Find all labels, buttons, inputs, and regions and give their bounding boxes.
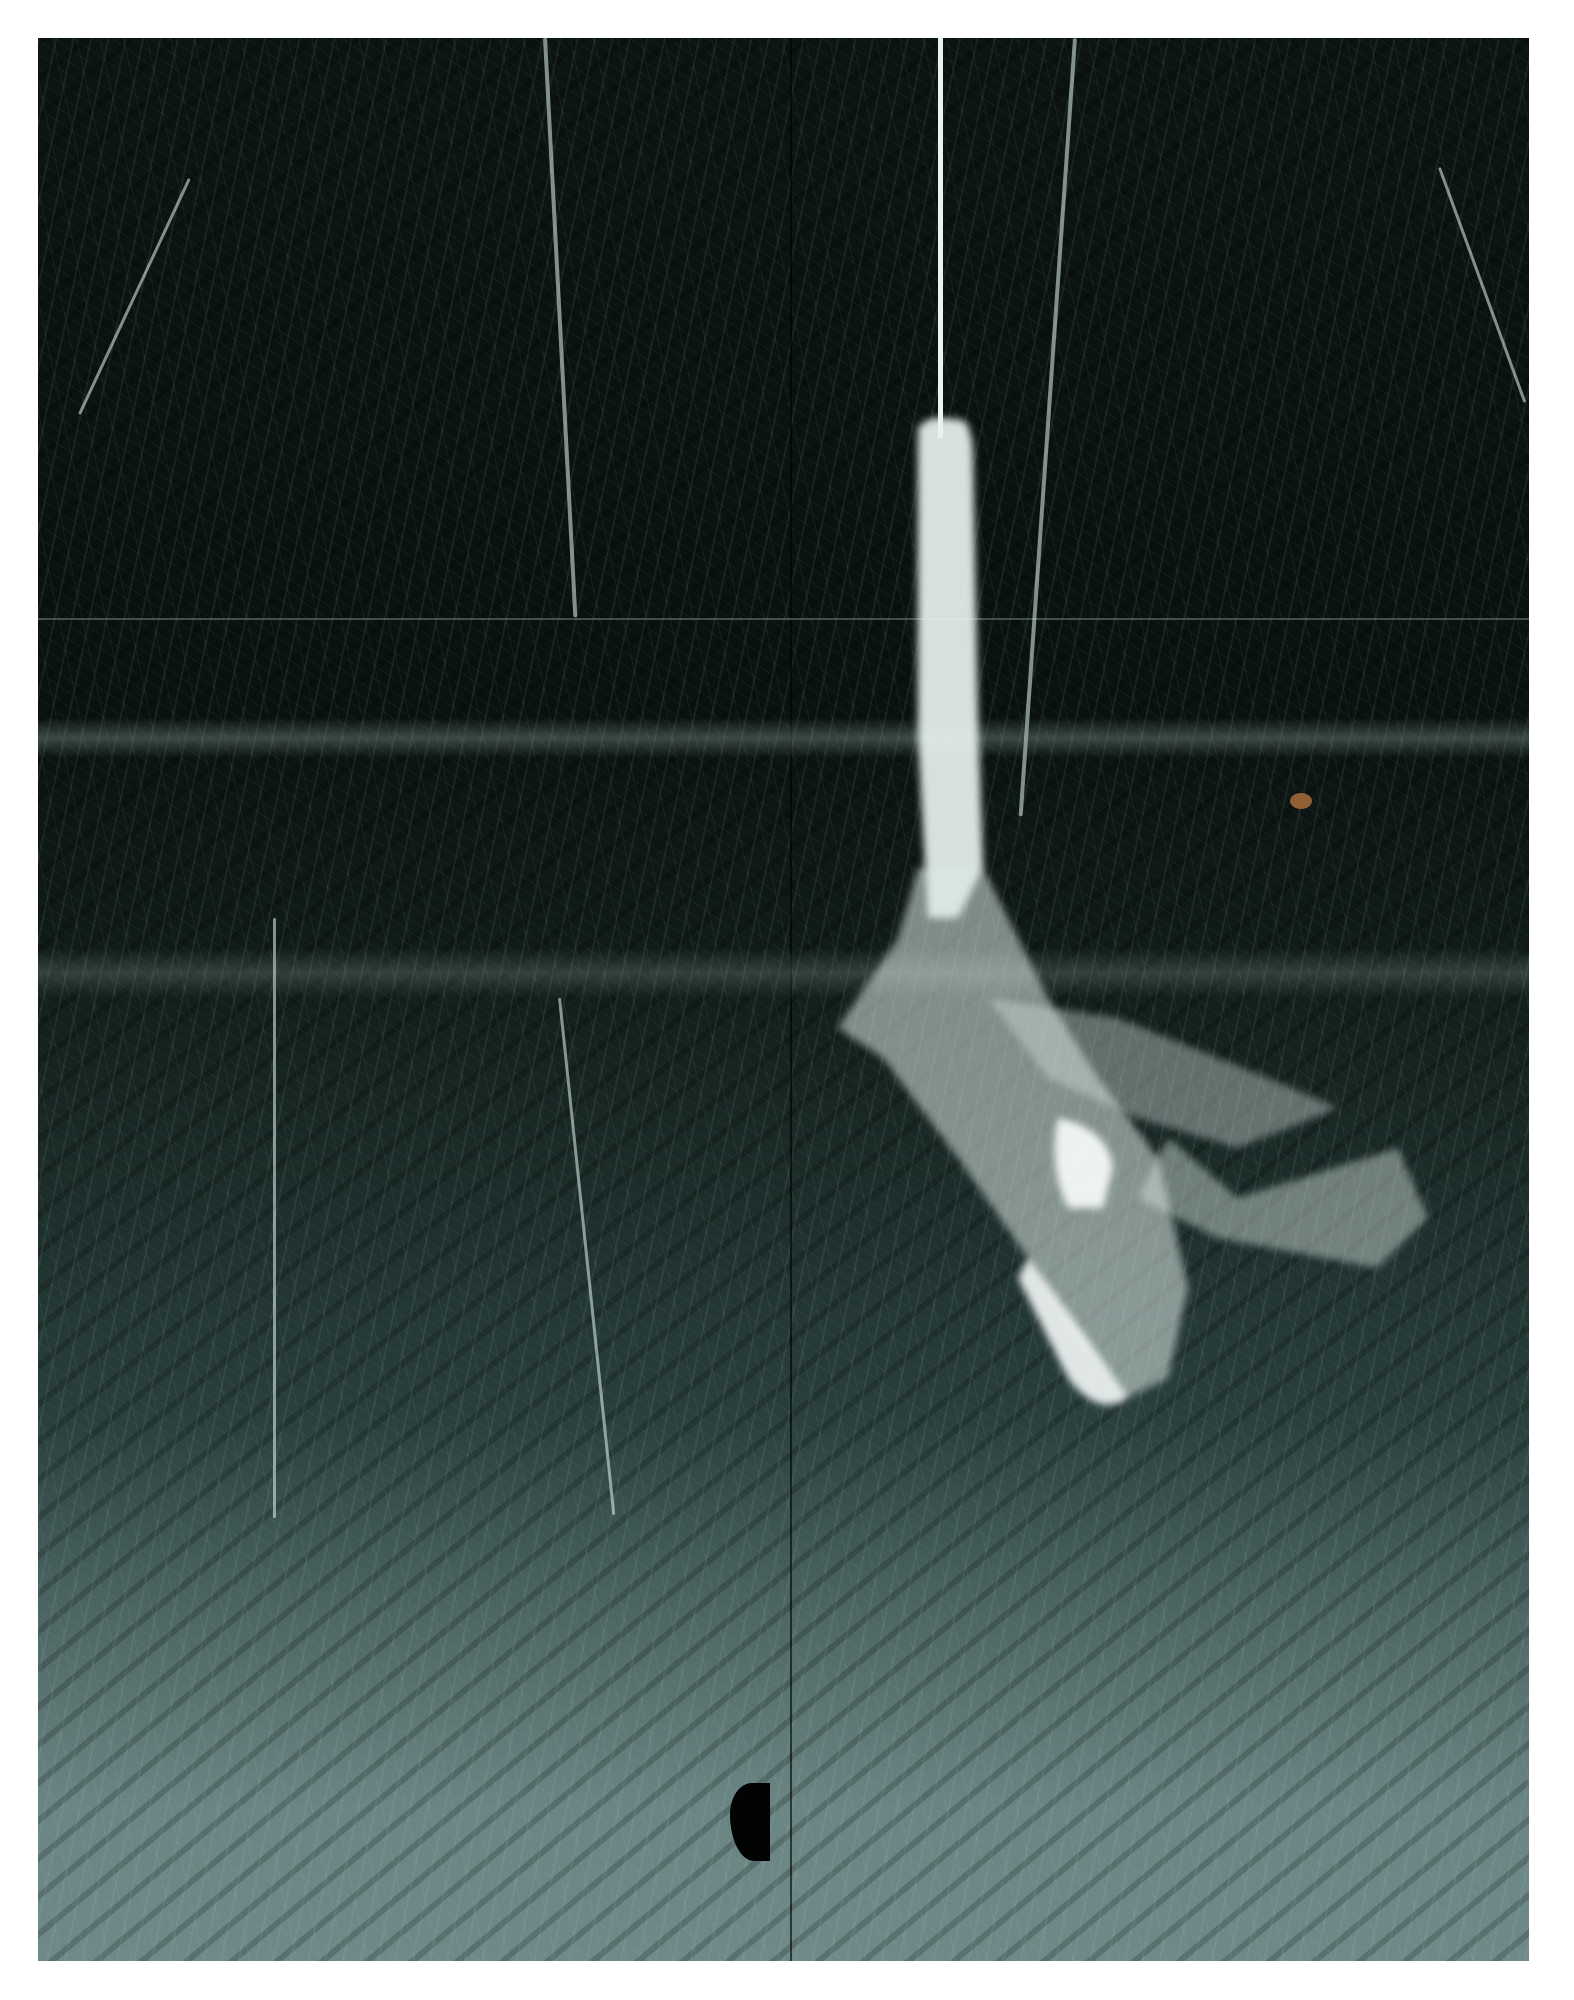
photograph [38,38,1529,1961]
hanging-object [38,38,1529,1961]
